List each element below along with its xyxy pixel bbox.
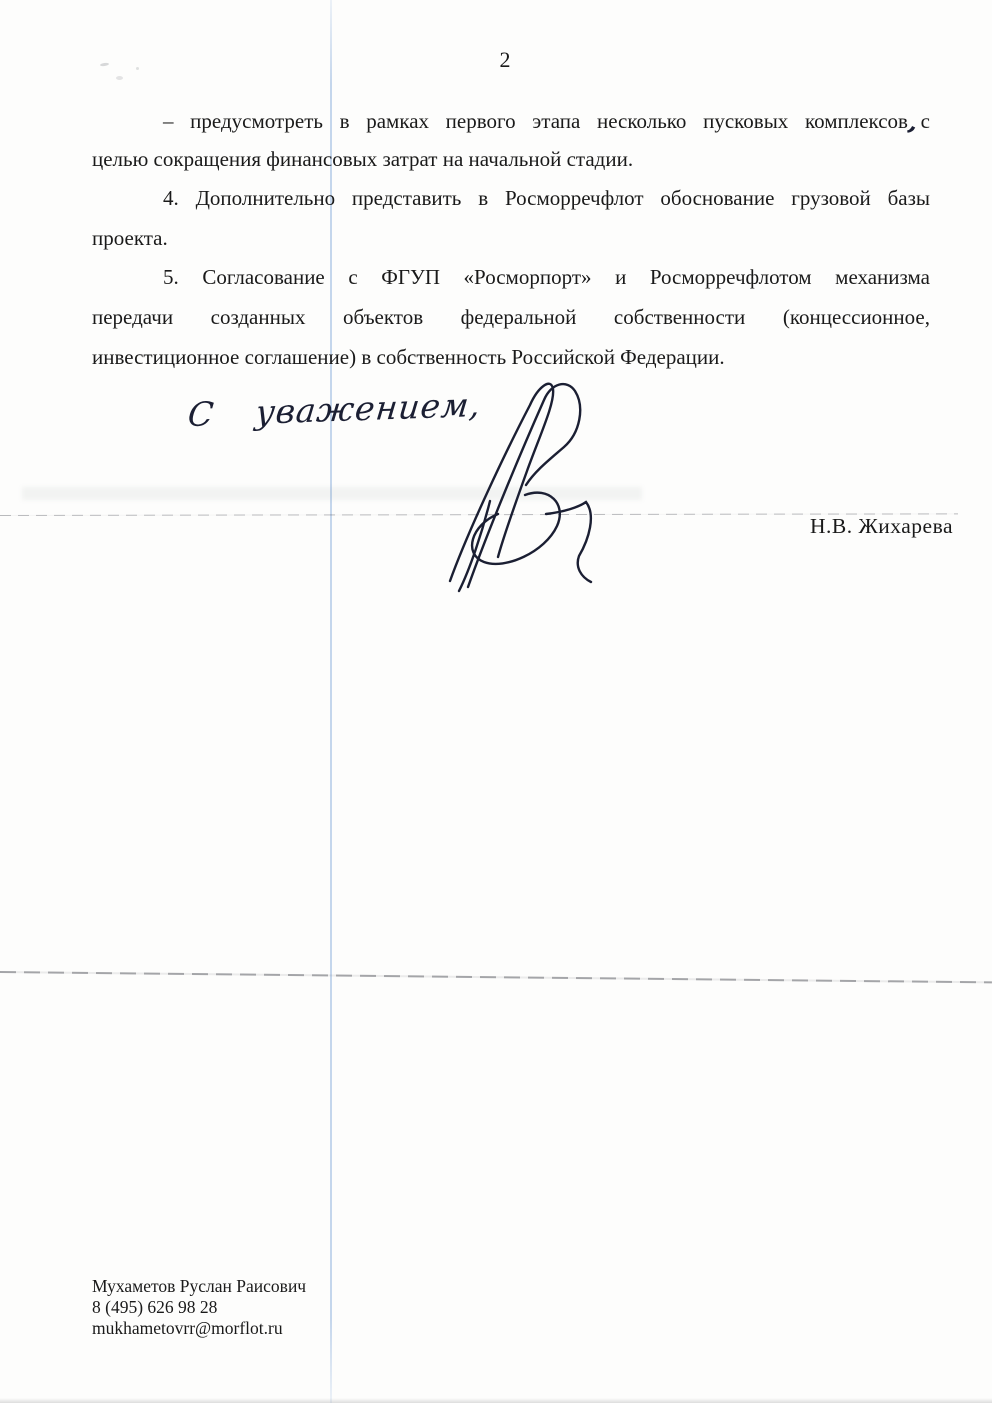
horizontal-fold-crease-lower [0,971,992,983]
paragraph-3-line-3: инвестиционное соглашение) в собственнос… [92,338,930,378]
signature-scribble [428,373,603,603]
paragraph-text: – предусмотреть в рамках первого этапа н… [163,109,908,133]
footer-contact-block: Мухаметов Руслан Раисович 8 (495) 626 98… [92,1276,306,1339]
contact-email: mukhametovrr@morflot.ru [92,1318,306,1339]
signer-name: Н.В. Жихарева [810,514,953,539]
contact-phone: 8 (495) 626 98 28 [92,1297,306,1318]
letter-body: – предусмотреть в рамках первого этапа н… [92,100,930,377]
paragraph-3-line-2: передачи созданных объектов федеральной … [92,298,930,338]
paragraph-2-line-2: проекта. [92,219,930,259]
scanned-letter-page: 2 – предусмотреть в рамках первого этапа… [0,0,992,1403]
page-number: 2 [0,47,992,73]
scan-speck [116,76,123,80]
paragraph-1-line-1: – предусмотреть в рамках первого этапа н… [92,100,930,140]
paragraph-3-line-1: 5. Согласование с ФГУП «Росморпорт» и Ро… [92,258,930,298]
scan-edge-shadow [0,1398,992,1403]
paragraph-1-line-2: целью сокращения финансовых затрат на на… [92,140,930,180]
paragraph-2-line-1: 4. Дополнительно представить в Росморреч… [92,179,930,219]
contact-name: Мухаметов Руслан Раисович [92,1276,306,1297]
